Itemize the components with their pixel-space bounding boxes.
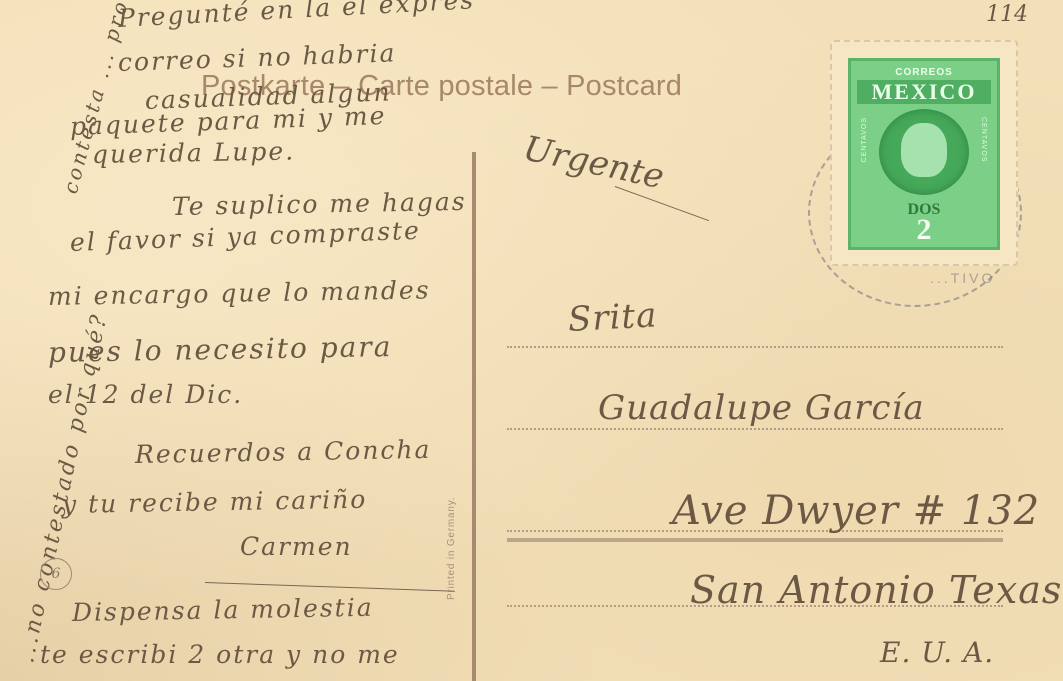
message-line-11: Recuerdos a Concha bbox=[135, 435, 432, 469]
address-country: E. U. A. bbox=[880, 636, 994, 669]
message-signature: Carmen bbox=[240, 532, 353, 561]
stamp-correos-label: CORREOS bbox=[851, 67, 997, 78]
address-salutation: Srita bbox=[567, 295, 658, 340]
message-line-10: el 12 del Dic. bbox=[48, 380, 243, 409]
message-line-14: Dispensa la molestia bbox=[72, 593, 374, 627]
address-street: Ave Dwyer # 132 bbox=[672, 488, 1040, 534]
message-line-9: pues lo necesito para bbox=[48, 330, 393, 369]
address-line-1 bbox=[507, 346, 1003, 348]
message-line-4: paquete para mi y me bbox=[69, 101, 386, 141]
address-city: San Antonio Texas bbox=[690, 568, 1062, 612]
stamp-denomination-number: 2 bbox=[851, 213, 997, 247]
message-line-15: te escribi 2 otra y no me bbox=[40, 640, 400, 669]
printed-in-germany: Printed in Germany. bbox=[446, 497, 457, 600]
eagle-emblem-icon bbox=[901, 123, 947, 177]
stamp-face: CORREOS MEXICO CENTAVOS CENTAVOS DOS 2 bbox=[848, 58, 1000, 250]
address-line-2 bbox=[507, 428, 1003, 430]
urgent-underline bbox=[615, 186, 709, 221]
circled-number: 6 bbox=[40, 558, 72, 590]
postage-stamp: CORREOS MEXICO CENTAVOS CENTAVOS DOS 2 bbox=[830, 40, 1018, 266]
postcard-back: 114 Postkarte – Carte postale – Postcard… bbox=[0, 0, 1063, 681]
postmark-text: ...TIVO bbox=[930, 270, 995, 286]
address-line-3-rule bbox=[507, 538, 1003, 542]
message-line-1: Pregunté en la el expres bbox=[117, 0, 475, 33]
stamp-country: MEXICO bbox=[857, 80, 991, 104]
message-line-5: querida Lupe. bbox=[92, 136, 296, 169]
address-name: Guadalupe García bbox=[598, 388, 925, 428]
signature-underline bbox=[205, 582, 455, 592]
message-line-8: mi encargo que lo mandes bbox=[48, 275, 431, 311]
stamp-side-label-right: CENTAVOS bbox=[980, 117, 987, 162]
message-line-7: el favor si ya compraste bbox=[69, 216, 421, 257]
folio-number: 114 bbox=[986, 2, 1028, 27]
stamp-side-label-left: CENTAVOS bbox=[861, 117, 868, 162]
urgent-note: Urgente bbox=[520, 128, 668, 197]
message-line-6: Te suplico me hagas bbox=[172, 187, 467, 221]
center-divider bbox=[472, 152, 476, 681]
message-line-12: y tu recibe mi cariño bbox=[62, 485, 368, 519]
